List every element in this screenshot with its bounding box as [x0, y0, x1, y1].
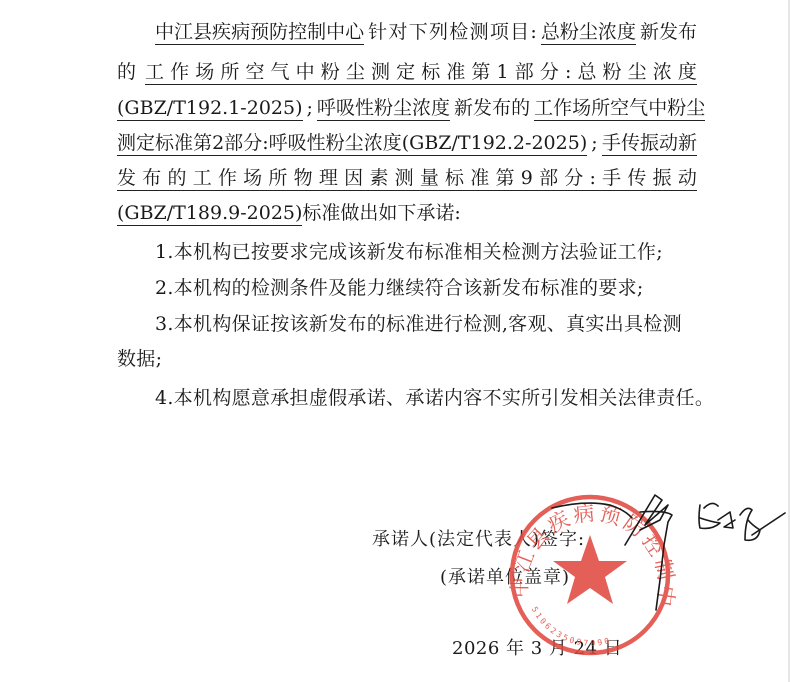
body-line: (GBZ/T189.9-2025)标准做出如下承诺:	[117, 200, 697, 226]
body-line: (GBZ/T192.1-2025);呼吸性粉尘浓度新发布的工作场所空气中粉尘	[117, 95, 697, 121]
document-page: 中江县疾病预防控制中心针对下列检测项目:总粉尘浓度新发布的工作场所空气中粉尘测定…	[0, 0, 790, 682]
underlined-text: (GBZ/T189.9-2025)	[117, 201, 302, 226]
underlined-text: 手传振动新	[602, 131, 697, 156]
body-line: 测定标准第2部分:呼吸性粉尘浓度(GBZ/T192.2-2025);手传振动新	[117, 130, 697, 156]
commitment-item-2: 2.本机构的检测条件及能力继续符合该新发布标准的要求;	[155, 275, 644, 301]
seal-label: (承诺单位盖章)	[440, 566, 570, 590]
underlined-text: (GBZ/T192.1-2025)	[117, 96, 303, 121]
body-line: 的工作场所空气中粉尘测定标准第1部分:总粉尘浓度	[117, 59, 697, 85]
underlined-text: 发布的工作场所物理因素测量标准第9部分:手传振动	[117, 166, 697, 191]
commitment-item-4: 4.本机构愿意承担虚假承诺、承诺内容不实所引发相关法律责任。	[155, 385, 714, 411]
body-line: 中江县疾病预防控制中心针对下列检测项目:总粉尘浓度新发布	[155, 19, 697, 45]
body-line: 发布的工作场所物理因素测量标准第9部分:手传振动	[117, 165, 697, 191]
commitment-item-3: 3.本机构保证按该新发布的标准进行检测,客观、真实出具检测	[155, 311, 682, 337]
text: 新发布的	[454, 95, 530, 121]
text: ;	[307, 95, 313, 121]
handwritten-signature	[552, 495, 785, 610]
text: 的	[117, 59, 141, 85]
commitment-item-1: 1.本机构已按要求完成该新发布标准相关检测方法验证工作;	[155, 239, 663, 265]
svg-text:中江县疾病预防控制中心: 中江县疾病预防控制中心	[0, 0, 679, 611]
underlined-text: 工作场所空气中粉尘	[534, 96, 705, 121]
text: ;	[591, 130, 598, 156]
seal-org-text: 中江县疾病预防控制中心	[0, 0, 679, 611]
commitment-item-3-continued: 数据;	[117, 346, 162, 372]
text: 新发布	[640, 19, 697, 45]
underlined-text: 呼吸性粉尘浓度	[317, 96, 450, 121]
underlined-text: 总粉尘浓度	[541, 20, 636, 45]
underlined-text: 测定标准第2部分:呼吸性粉尘浓度(GBZ/T192.2-2025)	[117, 131, 587, 156]
underlined-text: 工作场所空气中粉尘测定标准第1部分:总粉尘浓度	[145, 60, 697, 85]
text: 标准做出如下承诺:	[302, 200, 460, 226]
date: 2026 年 3 月 24 日	[452, 637, 622, 661]
underlined-text: 中江县疾病预防控制中心	[155, 20, 364, 45]
text: 针对下列检测项目:	[368, 19, 537, 45]
signature-label: 承诺人(法定代表人)签字:	[372, 528, 585, 552]
